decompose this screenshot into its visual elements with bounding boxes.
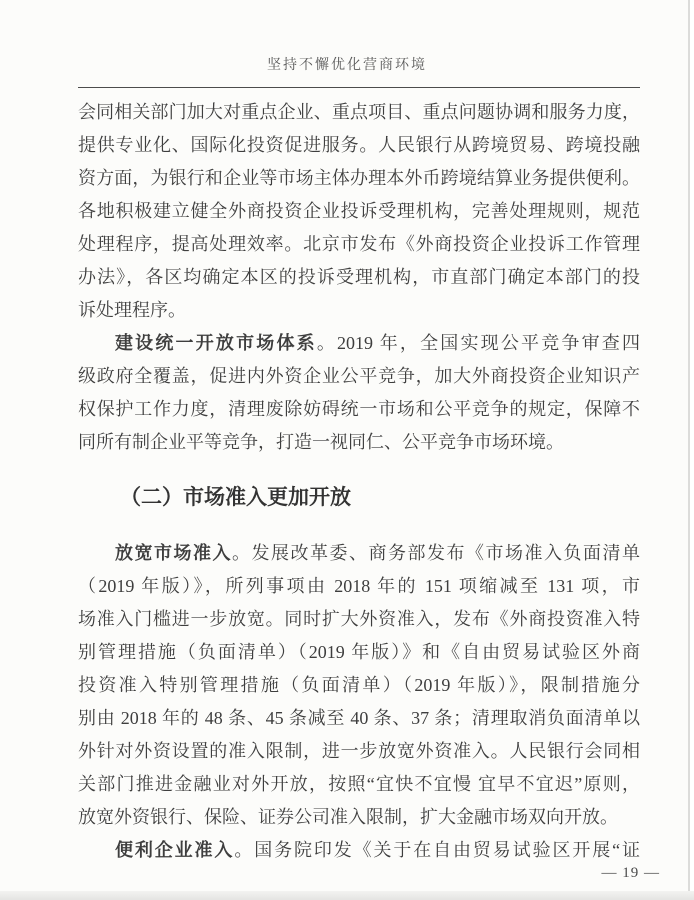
paragraph-line: 处理程序，提高处理效率。北京市发布《外商投资企业投诉工作管理 [78, 228, 640, 261]
paragraph-line: 提供专业化、国际化投资促进服务。人民银行从跨境贸易、跨境投融 [78, 129, 640, 162]
header-divider [78, 87, 640, 88]
paragraph-lead: 放宽市场准入 [115, 543, 232, 563]
page-content: 会同相关部门加大对重点企业、重点项目、重点问题协调和服务力度，提供专业化、国际化… [78, 96, 640, 867]
paragraph-line: 放宽市场准入。发展改革委、商务部发布《市场准入负面清单 [78, 537, 640, 570]
paragraph-line: 放宽外资银行、保险、证券公司准入限制，扩大金融市场双向开放。 [78, 801, 640, 834]
paragraph: 放宽市场准入。发展改革委、商务部发布《市场准入负面清单 （2019 年版）》，所… [78, 537, 640, 834]
paragraph-lines: 级政府全覆盖，促进内外资企业公平竞争，加大外商投资企业知识产权保护工作力度，清理… [78, 360, 640, 459]
paragraph-line: 便利企业准入。国务院印发《关于在自由贸易试验区开展“证 [78, 834, 640, 867]
paragraph-line: 级政府全覆盖，促进内外资企业公平竞争，加大外商投资企业知识产 [78, 360, 640, 393]
paragraph: 建设统一开放市场体系。2019 年，全国实现公平竞争审查四 级政府全覆盖，促进内… [78, 327, 640, 459]
paragraph-line: 场准入门槛进一步放宽。同时扩大外资准入，发布《外商投资准入特 [78, 603, 640, 636]
running-header-title: 坚持不懈优化营商环境 [0, 54, 694, 74]
paragraph: 会同相关部门加大对重点企业、重点项目、重点问题协调和服务力度，提供专业化、国际化… [78, 96, 640, 327]
scan-right-edge-line [688, 0, 690, 900]
paragraph-line: 关部门推进金融业对外开放，按照“宜快不宜慢 宜早不宜迟”原则， [78, 768, 640, 801]
paragraph-line: 别管理措施（负面清单）（2019 年版）》和《自由贸易试验区外商 [78, 636, 640, 669]
paragraph: 便利企业准入。国务院印发《关于在自由贸易试验区开展“证 [78, 834, 640, 867]
paragraph-lines: （2019 年版）》，所列事项由 2018 年的 151 项缩减至 131 项，… [78, 570, 640, 834]
paragraph-line: 资方面，为银行和企业等市场主体办理本外币跨境结算业务提供便利。 [78, 162, 640, 195]
scan-right-margin [690, 0, 694, 900]
document-page: 坚持不懈优化营商环境 会同相关部门加大对重点企业、重点项目、重点问题协调和服务力… [0, 0, 694, 900]
paragraph-text: 。2019 年，全国实现公平竞争审查四 [317, 333, 640, 353]
paragraph-line: 各地积极建立健全外商投资企业投诉受理机构，完善处理规则，规范 [78, 195, 640, 228]
paragraph-line: （2019 年版）》，所列事项由 2018 年的 151 项缩减至 131 项，… [78, 570, 640, 603]
paragraph-line: 诉处理程序。 [78, 294, 640, 327]
paragraph-line: 权保护工作力度，清理废除妨碍统一市场和公平竞争的规定，保障不 [78, 393, 640, 426]
scan-bottom-edge [0, 891, 694, 900]
paragraph-line: 外针对外资设置的准入限制，进一步放宽外资准入。人民银行会同相 [78, 735, 640, 768]
paragraph-line: 建设统一开放市场体系。2019 年，全国实现公平竞争审查四 [78, 327, 640, 360]
page-number: — 19 — [602, 865, 661, 882]
paragraph-line: 投资准入特别管理措施（负面清单）（2019 年版）》，限制措施分 [78, 669, 640, 702]
section-heading: （二）市场准入更加开放 [78, 483, 640, 513]
paragraph-text: 。发展改革委、商务部发布《市场准入负面清单 [232, 543, 640, 563]
paragraph-lead: 便利企业准入 [115, 840, 234, 860]
paragraph-line: 办法》，各区均确定本区的投诉受理机构，市直部门确定本部门的投 [78, 261, 640, 294]
paragraph-line: 别由 2018 年的 48 条、45 条减至 40 条、37 条；清理取消负面清… [78, 702, 640, 735]
paragraph-line: 同所有制企业平等竞争，打造一视同仁、公平竞争市场环境。 [78, 426, 640, 459]
paragraph-text: 。国务院印发《关于在自由贸易试验区开展“证 [234, 840, 640, 860]
paragraph-lead: 建设统一开放市场体系 [115, 333, 317, 353]
paragraph-line: 会同相关部门加大对重点企业、重点项目、重点问题协调和服务力度， [78, 96, 640, 129]
